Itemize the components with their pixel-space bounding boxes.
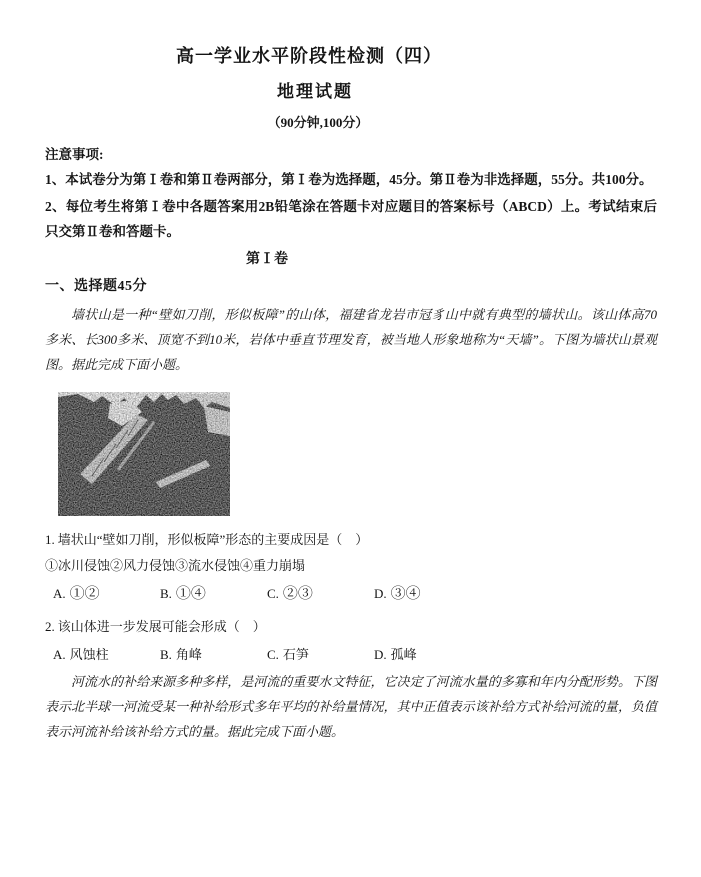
question-2-number: 2. [45, 619, 55, 634]
question-1-option-c: C.②③ [267, 585, 374, 603]
notice-item-2: 2、每位考生将第Ⅰ卷中各题答案用2B铅笔涂在答题卡对应题目的答案标号（ABCD）… [45, 194, 657, 244]
question-2-options: A.风蚀柱 B.角峰 C.石笋 D.孤峰 [45, 646, 657, 664]
question-2-option-b: B.角峰 [160, 646, 267, 664]
notice-header: 注意事项: [45, 145, 657, 165]
question-1: 1.墙状山“壁如刀削，形似板障”形态的主要成因是（ ） [45, 531, 657, 549]
question-1-option-d: D.③④ [374, 585, 421, 603]
passage-wall-mountain: 墙状山是一种“壁如刀削，形似板障”的山体，福建省龙岩市冠豸山中就有典型的墙状山。… [45, 302, 657, 377]
question-1-option-b: B.①④ [160, 585, 267, 603]
mountain-photo [58, 392, 230, 516]
exam-duration-score: （90分钟,100分） [12, 114, 624, 132]
question-2: 2.该山体进一步发展可能会形成（ ） [45, 618, 657, 636]
question-1-options: A.①② B.①④ C.②③ D.③④ [45, 585, 657, 603]
question-1-stem: 墙状山“壁如刀削，形似板障”形态的主要成因是（ ） [58, 532, 369, 547]
question-2-option-a: A.风蚀柱 [53, 646, 160, 664]
page-title: 高一学业水平阶段性检测（四） [3, 44, 615, 68]
notice-item-1: 1、本试卷分为第Ⅰ卷和第Ⅱ卷两部分，第Ⅰ卷为选择题，45分。第Ⅱ卷为非选择题，5… [45, 167, 657, 192]
question-2-option-c: C.石笋 [267, 646, 374, 664]
question-2-option-d: D.孤峰 [374, 646, 417, 664]
mountain-landscape-image [58, 392, 230, 516]
section-header: 第Ⅰ卷 [0, 250, 573, 270]
exam-subject-title: 地理试题 [9, 81, 621, 103]
exam-paper-page: 高一学业水平阶段性检测（四） 地理试题 （90分钟,100分） 注意事项: 1、… [0, 0, 701, 877]
part-header-choice: 一、选择题45分 [45, 277, 657, 297]
passage-river-recharge: 河流水的补给来源多种多样，是河流的重要水文特征，它决定了河流水量的多寡和年内分配… [45, 669, 657, 744]
question-1-numbered-items: ①冰川侵蚀②风力侵蚀③流水侵蚀④重力崩塌 [45, 557, 657, 575]
question-1-option-a: A.①② [53, 585, 160, 603]
question-2-stem: 该山体进一步发展可能会形成（ ） [58, 619, 266, 634]
question-1-number: 1. [45, 532, 55, 547]
